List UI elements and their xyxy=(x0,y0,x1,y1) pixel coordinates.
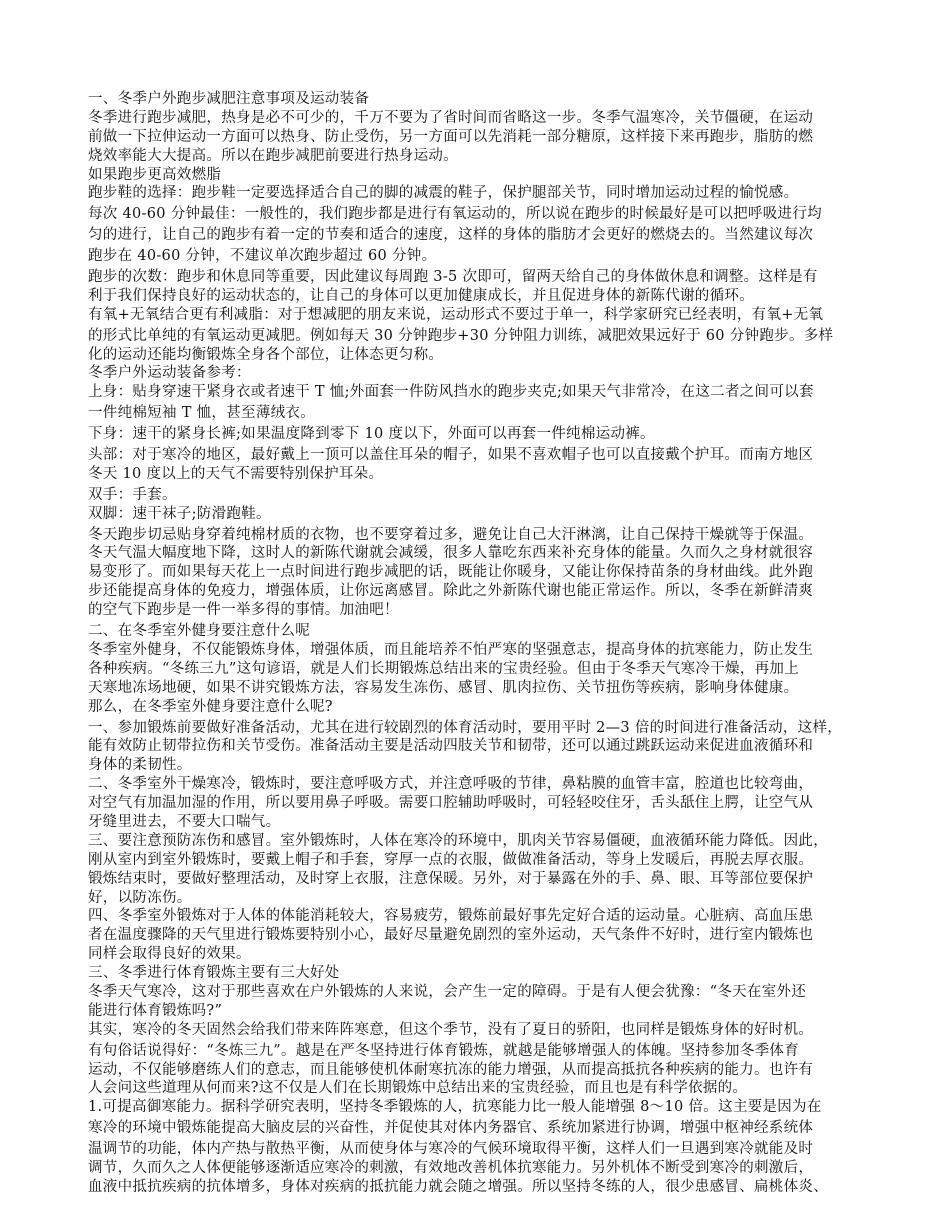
paragraph-line: 人会问这些道理从何而来?这不仅是人们在长期锻炼中总结出来的宝贵经验，而且也是有科… xyxy=(88,1079,878,1098)
paragraph-line: 寒冷的环境中锻炼能提高大脑皮层的兴奋性，并促使其对体内务器官、系统加紧进行协调，… xyxy=(88,1119,878,1138)
section-heading-2: 二、在冬季室外健身要注意什么呢 xyxy=(88,622,878,641)
paragraph-line: 好，以防冻伤。 xyxy=(88,889,878,908)
paragraph-line: 刚从室内到室外锻炼时，要戴上帽子和手套，穿厚一点的衣服，做做准备活动，等身上发暖… xyxy=(88,851,878,870)
paragraph-line: 冬季室外健身，不仅能锻炼身体，增强体质，而且能培养不怕严寒的坚强意志，提高身体的… xyxy=(88,641,878,660)
paragraph-line: 的空气下跑步是一件一举多得的事情。加油吧！ xyxy=(88,601,878,620)
paragraph-line: 对空气有加温加湿的作用，所以要用鼻子呼吸。需要口腔辅助呼吸时，可轻轻咬住牙，舌头… xyxy=(88,794,878,813)
paragraph-line: 匀的进行，让自己的跑步有着一定的节奏和适合的速度，这样的身体的脂肪才会更好的燃烧… xyxy=(88,226,878,245)
paragraph-line: 双脚：速干袜子;防滑跑鞋。 xyxy=(88,505,878,524)
paragraph-line: 头部：对于寒冷的地区，最好戴上一顶可以盖住耳朵的帽子，如果不喜欢帽子也可以直接戴… xyxy=(88,446,878,465)
paragraph-line: 利于我们保持良好的运动状态的，让自己的身体可以更加健康成长，并且促进身体的新陈代… xyxy=(88,287,878,306)
paragraph-line: 每次 40-60 分钟最佳：一般性的，我们跑步都是进行有氧运动的，所以说在跑步的… xyxy=(88,205,878,224)
paragraph-line: 跑步在 40-60 分钟，不建议单次跑步超过 60 分钟。 xyxy=(88,247,878,266)
paragraph-line: 冬天跑步切忌贴身穿着纯棉材质的衣物，也不要穿着过多，避免让自己大汗淋漓，让自己保… xyxy=(88,526,878,545)
paragraph-line: 跑步的次数：跑步和休息同等重要，因此建议每周跑 3-5 次即可，留两天给自己的身… xyxy=(88,268,878,287)
paragraph-line: 调节，久而久之人体便能够逐渐适应寒冷的刺激，有效地改善机体抗寒能力。另外机体不断… xyxy=(88,1159,878,1178)
paragraph-line: 二、冬季室外干燥寒冷，锻炼时，要注意呼吸方式，并注意呼吸的节律，鼻粘膜的血管丰富… xyxy=(88,775,878,794)
paragraph-line: 的形式比单纯的有氧运动更减肥。例如每天 30 分钟跑步+30 分钟阻力训练，减肥… xyxy=(88,327,878,346)
paragraph-line: 温调节的功能，体内产热与散热平衡，从而使身体与寒冷的气候环境取得平衡，这样人们一… xyxy=(88,1140,878,1159)
paragraph-line: 上身：贴身穿速干紧身衣或者速干 T 恤;外面套一件防风挡水的跑步夹克;如果天气非… xyxy=(88,383,878,402)
paragraph-line: 其实，寒冷的冬天固然会给我们带来阵阵寒意，但这个季节，没有了夏日的骄阳，也同样是… xyxy=(88,1021,878,1040)
paragraph-line: 冬天 10 度以上的天气不需要特别保护耳朵。 xyxy=(88,465,878,484)
paragraph-line: 身体的柔韧性。 xyxy=(88,756,878,775)
paragraph-line: 跑步鞋的选择：跑步鞋一定要选择适合自己的脚的减震的鞋子，保护腿部关节，同时增加运… xyxy=(88,184,878,203)
paragraph-line: 双手：手套。 xyxy=(88,486,878,505)
paragraph-line: 那么，在冬季室外健身要注意什么呢? xyxy=(88,698,878,717)
paragraph-line: 锻炼结束时，要做好整理活动，及时穿上衣服，注意保暖。另外，对于暴露在外的手、鼻、… xyxy=(88,870,878,889)
paragraph-line: 步还能提高身体的免疫力，增强体质，让你远离感冒。除此之外新陈代谢也能正常运作。所… xyxy=(88,582,878,601)
paragraph-line: 一、参加锻炼前要做好准备活动，尤其在进行较剧烈的体育活动时，要用平时 2—3 倍… xyxy=(88,719,878,738)
paragraph-line: 血液中抵抗疾病的抗体增多，身体对疾病的抵抗能力就会随之增强。所以坚持冬练的人，很… xyxy=(88,1178,878,1197)
paragraph-line: 下身：速干的紧身长裤;如果温度降到零下 10 度以下，外面可以再套一件纯棉运动裤… xyxy=(88,425,878,444)
paragraph-line: 有句俗话说得好：“冬炼三九”。越是在严冬坚持进行体育锻炼，就越是能够增强人的体魄… xyxy=(88,1042,878,1061)
paragraph-line: 牙缝里进去，不要大口喘气。 xyxy=(88,813,878,832)
paragraph-line: 三、要注意预防冻伤和感冒。室外锻炼时，人体在寒冷的环境中，肌肉关节容易僵硬，血液… xyxy=(88,832,878,851)
paragraph-line: 四、冬季室外锻炼对于人体的体能消耗较大，容易疲劳，锻炼前最好事先定好合适的运动量… xyxy=(88,907,878,926)
section-heading-3: 冬季天气寒冷，这对于那些喜欢在户外锻炼的人来说，会产生一定的障碍。于是有人便会犹… xyxy=(88,983,878,1002)
paragraph-line: 能进行体育锻炼吗?” xyxy=(88,1002,878,1021)
paragraph-line: 化的运动还能均衡锻炼全身各个部位，让体态更匀称。 xyxy=(88,346,878,365)
paragraph-line: 前做一下拉伸运动一方面可以热身、防止受伤，另一方面可以先消耗一部分糖原，这样接下… xyxy=(88,128,878,147)
subheading: 冬季户外运动装备参考： xyxy=(88,364,878,383)
paragraph-line: 冬天气温大幅度地下降，这时人的新陈代谢就会减缓，很多人靠吃东西来补充身体的能量。… xyxy=(88,544,878,563)
paragraph-line: 三、冬季进行体育锻炼主要有三大好处 xyxy=(88,964,878,983)
paragraph-line: 冬季进行跑步减肥，热身是必不可少的，千万不要为了省时间而省略这一步。冬季气温寒冷… xyxy=(88,109,878,128)
paragraph-line: 有氧+无氧结合更有利减脂：对于想减肥的朋友来说，运动形式不要过于单一，科学家研究… xyxy=(88,306,878,325)
subheading: 如果跑步更高效燃脂 xyxy=(88,166,878,185)
paragraph-line: 同样会取得良好的效果。 xyxy=(88,945,878,964)
section-heading-1: 一、冬季户外跑步减肥注意事项及运动装备 xyxy=(88,90,878,109)
paragraph-line: 烧效率能大大提高。所以在跑步减肥前要进行热身运动。 xyxy=(88,147,878,166)
paragraph-line: 易变形了。而如果每天花上一点时间进行跑步减肥的话，既能让你暖身，又能让你保持苗条… xyxy=(88,563,878,582)
paragraph-line: 1.可提高御寒能力。据科学研究表明，坚持冬季锻炼的人，抗寒能力比一般人能增强 8… xyxy=(88,1098,878,1117)
paragraph-line: 能有效防止韧带拉伤和关节受伤。准备活动主要是活动四肢关节和韧带，还可以通过跳跃运… xyxy=(88,737,878,756)
document-page: 一、冬季户外跑步减肥注意事项及运动装备 冬季进行跑步减肥，热身是必不可少的，千万… xyxy=(88,90,878,1216)
paragraph-line xyxy=(88,1197,878,1216)
paragraph-line: 运动，不仅能够磨练人们的意志，而且能够使机体耐寒抗冻的能力增强，从而提高抵抗各种… xyxy=(88,1061,878,1080)
paragraph-line: 天寒地冻场地硬，如果不讲究锻炼方法，容易发生冻伤、感冒、肌肉拉伤、关节扭伤等疾病… xyxy=(88,679,878,698)
paragraph-line: 一件纯棉短袖 T 恤，甚至薄绒衣。 xyxy=(88,404,878,423)
paragraph-line: 各种疾病。“冬练三九”这句谚语，就是人们长期锻炼总结出来的宝贵经验。但由于冬季天… xyxy=(88,660,878,679)
paragraph-line: 者在温度骤降的天气里进行锻炼要特别小心，最好尽量避免剧烈的室外运动，天气条件不好… xyxy=(88,926,878,945)
